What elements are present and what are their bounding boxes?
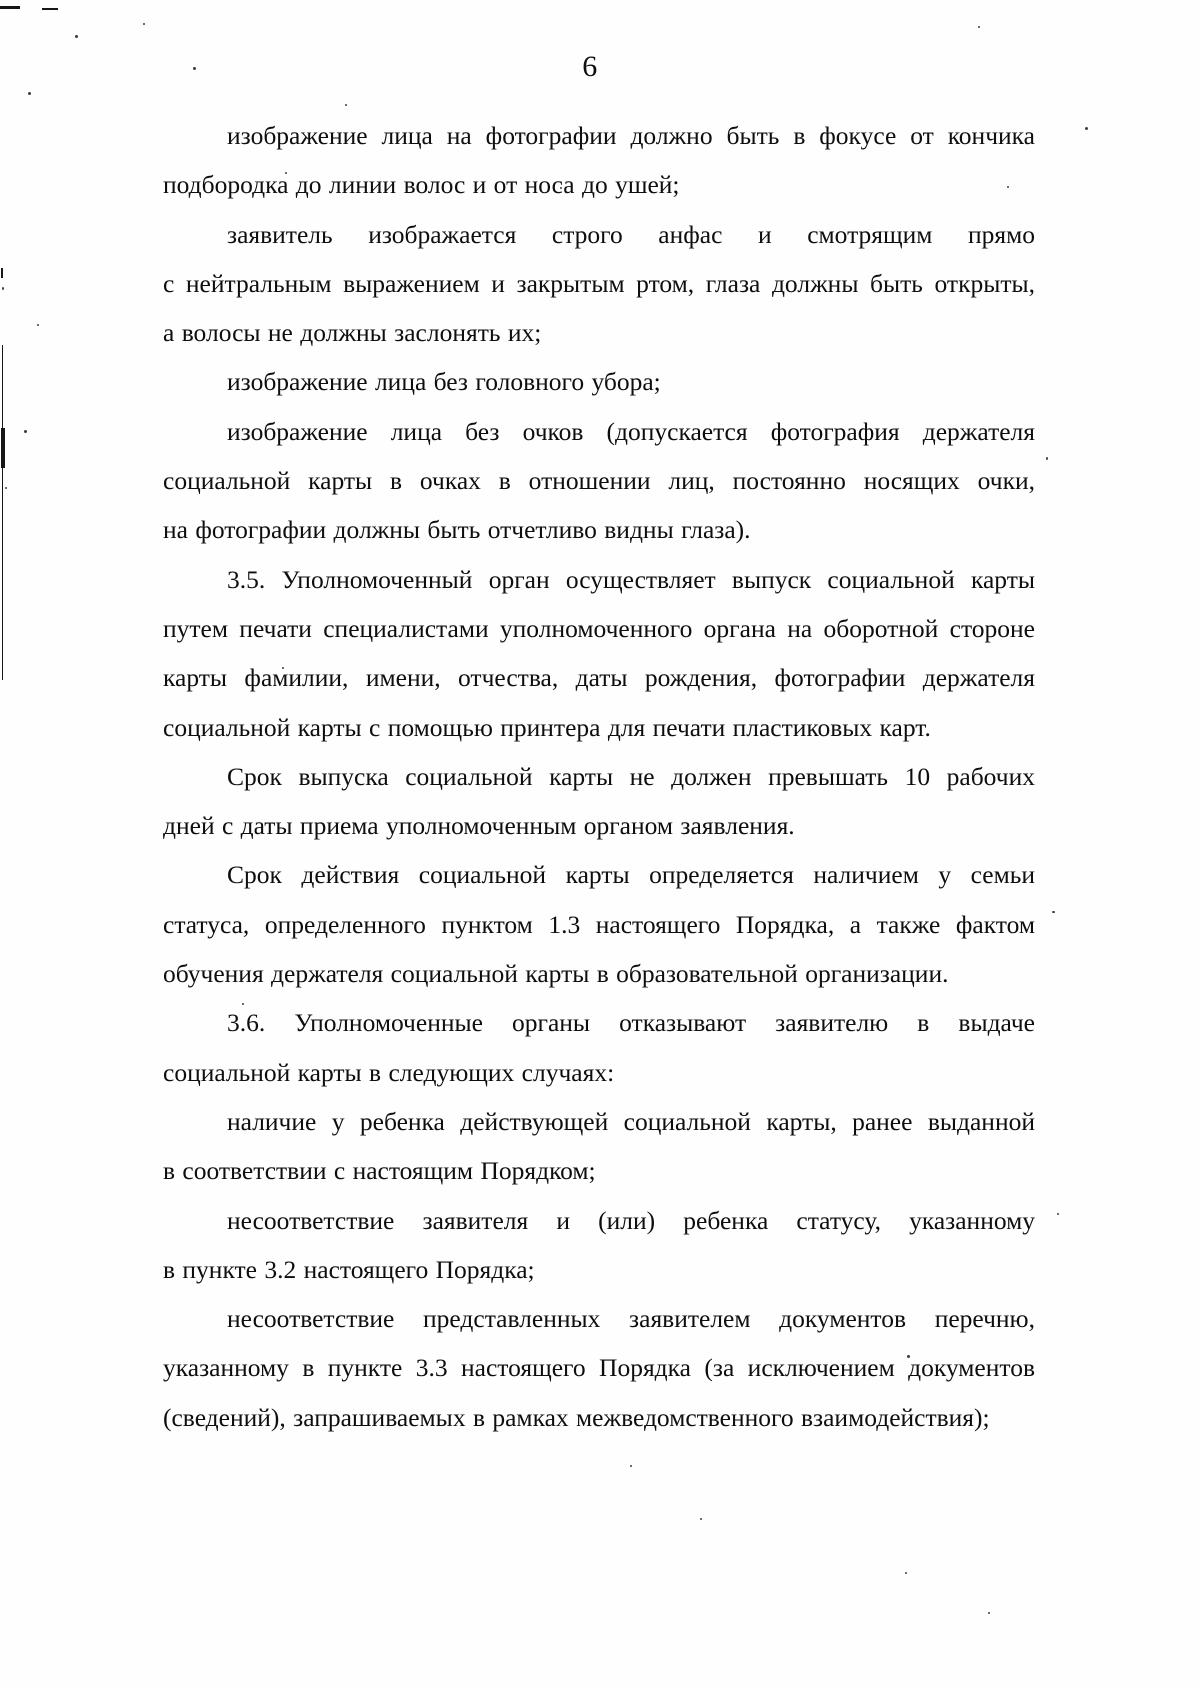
scan-mark xyxy=(1,268,3,278)
scan-mark xyxy=(2,345,3,680)
paragraph: заявитель изображается строго анфас и см… xyxy=(163,210,1035,358)
text-line: Срок действия социальной карты определяе… xyxy=(163,850,1035,899)
text-line: путем печати специалистами уполномоченно… xyxy=(163,604,1035,653)
scan-speck xyxy=(143,23,145,25)
scan-speck xyxy=(988,1612,990,1614)
paragraph: изображение лица без очков (допускается … xyxy=(163,407,1035,555)
text-line: на фотографии должны быть отчетливо видн… xyxy=(163,505,1035,554)
text-line: изображение лица без очков (допускается … xyxy=(163,407,1035,456)
text-line: 3.6. Уполномоченные органы отказывают за… xyxy=(163,998,1035,1047)
scan-speck xyxy=(1085,127,1088,130)
paragraph: наличие у ребенка действующей социальной… xyxy=(163,1097,1035,1196)
scan-mark xyxy=(1,428,5,468)
scan-speck xyxy=(37,324,39,326)
paragraph: изображение лица без головного убора; xyxy=(163,357,1035,406)
scan-speck xyxy=(1057,1213,1059,1215)
text-line: несоответствие представленных заявителем… xyxy=(163,1294,1035,1343)
paragraph: Срок действия социальной карты определяе… xyxy=(163,850,1035,998)
text-block: изображение лица на фотографии должно бы… xyxy=(163,111,1035,1442)
text-line: наличие у ребенка действующей социальной… xyxy=(163,1097,1035,1146)
scan-speck xyxy=(282,667,284,669)
text-line: Срок выпуска социальной карты не должен … xyxy=(163,752,1035,801)
text-line: карты фамилии, имени, отчества, даты рож… xyxy=(163,653,1035,702)
text-line: социальной карты с помощью принтера для … xyxy=(163,703,1035,752)
scan-mark xyxy=(42,8,58,10)
scan-speck xyxy=(700,1518,702,1520)
scan-speck xyxy=(978,26,980,28)
paragraph: 3.6. Уполномоченные органы отказывают за… xyxy=(163,998,1035,1097)
scan-speck xyxy=(1007,186,1009,188)
text-line: несоответствие заявителя и (или) ребенка… xyxy=(163,1196,1035,1245)
scan-speck xyxy=(5,487,7,489)
scan-speck xyxy=(242,1003,244,1005)
text-line: указанному в пункте 3.3 настоящего Поряд… xyxy=(163,1343,1035,1392)
paragraph: 3.5. Уполномоченный орган осуществляет в… xyxy=(163,555,1035,752)
scan-speck xyxy=(1052,911,1055,913)
scan-speck xyxy=(28,92,31,95)
scan-speck xyxy=(2,287,4,290)
paragraph: Срок выпуска социальной карты не должен … xyxy=(163,752,1035,851)
scan-speck xyxy=(24,430,27,433)
document-page: 6 изображение лица на фотографии должно … xyxy=(0,0,1200,1690)
scan-speck xyxy=(907,1355,910,1358)
page-number: 6 xyxy=(0,50,1180,84)
scan-speck xyxy=(193,67,196,70)
text-line: дней с даты приема уполномоченным органо… xyxy=(163,801,1035,850)
scan-mark xyxy=(0,6,20,9)
scan-speck xyxy=(1046,457,1048,460)
paragraph: изображение лица на фотографии должно бы… xyxy=(163,111,1035,210)
scan-speck xyxy=(560,187,562,189)
text-line: обучения держателя социальной карты в об… xyxy=(163,949,1035,998)
text-line: изображение лица без головного убора; xyxy=(163,357,1035,406)
text-line: изображение лица на фотографии должно бы… xyxy=(163,111,1035,160)
text-line: (сведений), запрашиваемых в рамках межве… xyxy=(163,1393,1035,1442)
scan-speck xyxy=(630,1465,632,1467)
text-line: подбородка до линии волос и от носа до у… xyxy=(163,160,1035,209)
scan-speck xyxy=(75,35,78,38)
paragraph: несоответствие заявителя и (или) ребенка… xyxy=(163,1196,1035,1295)
text-line: заявитель изображается строго анфас и см… xyxy=(163,210,1035,259)
text-line: с нейтральным выражением и закрытым ртом… xyxy=(163,259,1035,308)
scan-speck xyxy=(345,104,347,106)
paragraph: несоответствие представленных заявителем… xyxy=(163,1294,1035,1442)
text-line: 3.5. Уполномоченный орган осуществляет в… xyxy=(163,555,1035,604)
text-line: в соответствии с настоящим Порядком; xyxy=(163,1146,1035,1195)
text-line: в пункте 3.2 настоящего Порядка; xyxy=(163,1245,1035,1294)
text-line: статуса, определенного пунктом 1.3 насто… xyxy=(163,900,1035,949)
text-line: социальной карты в следующих случаях: xyxy=(163,1048,1035,1097)
text-line: а волосы не должны заслонять их; xyxy=(163,308,1035,357)
scan-speck xyxy=(285,172,287,174)
scan-speck xyxy=(905,1572,907,1574)
text-line: социальной карты в очках в отношении лиц… xyxy=(163,456,1035,505)
